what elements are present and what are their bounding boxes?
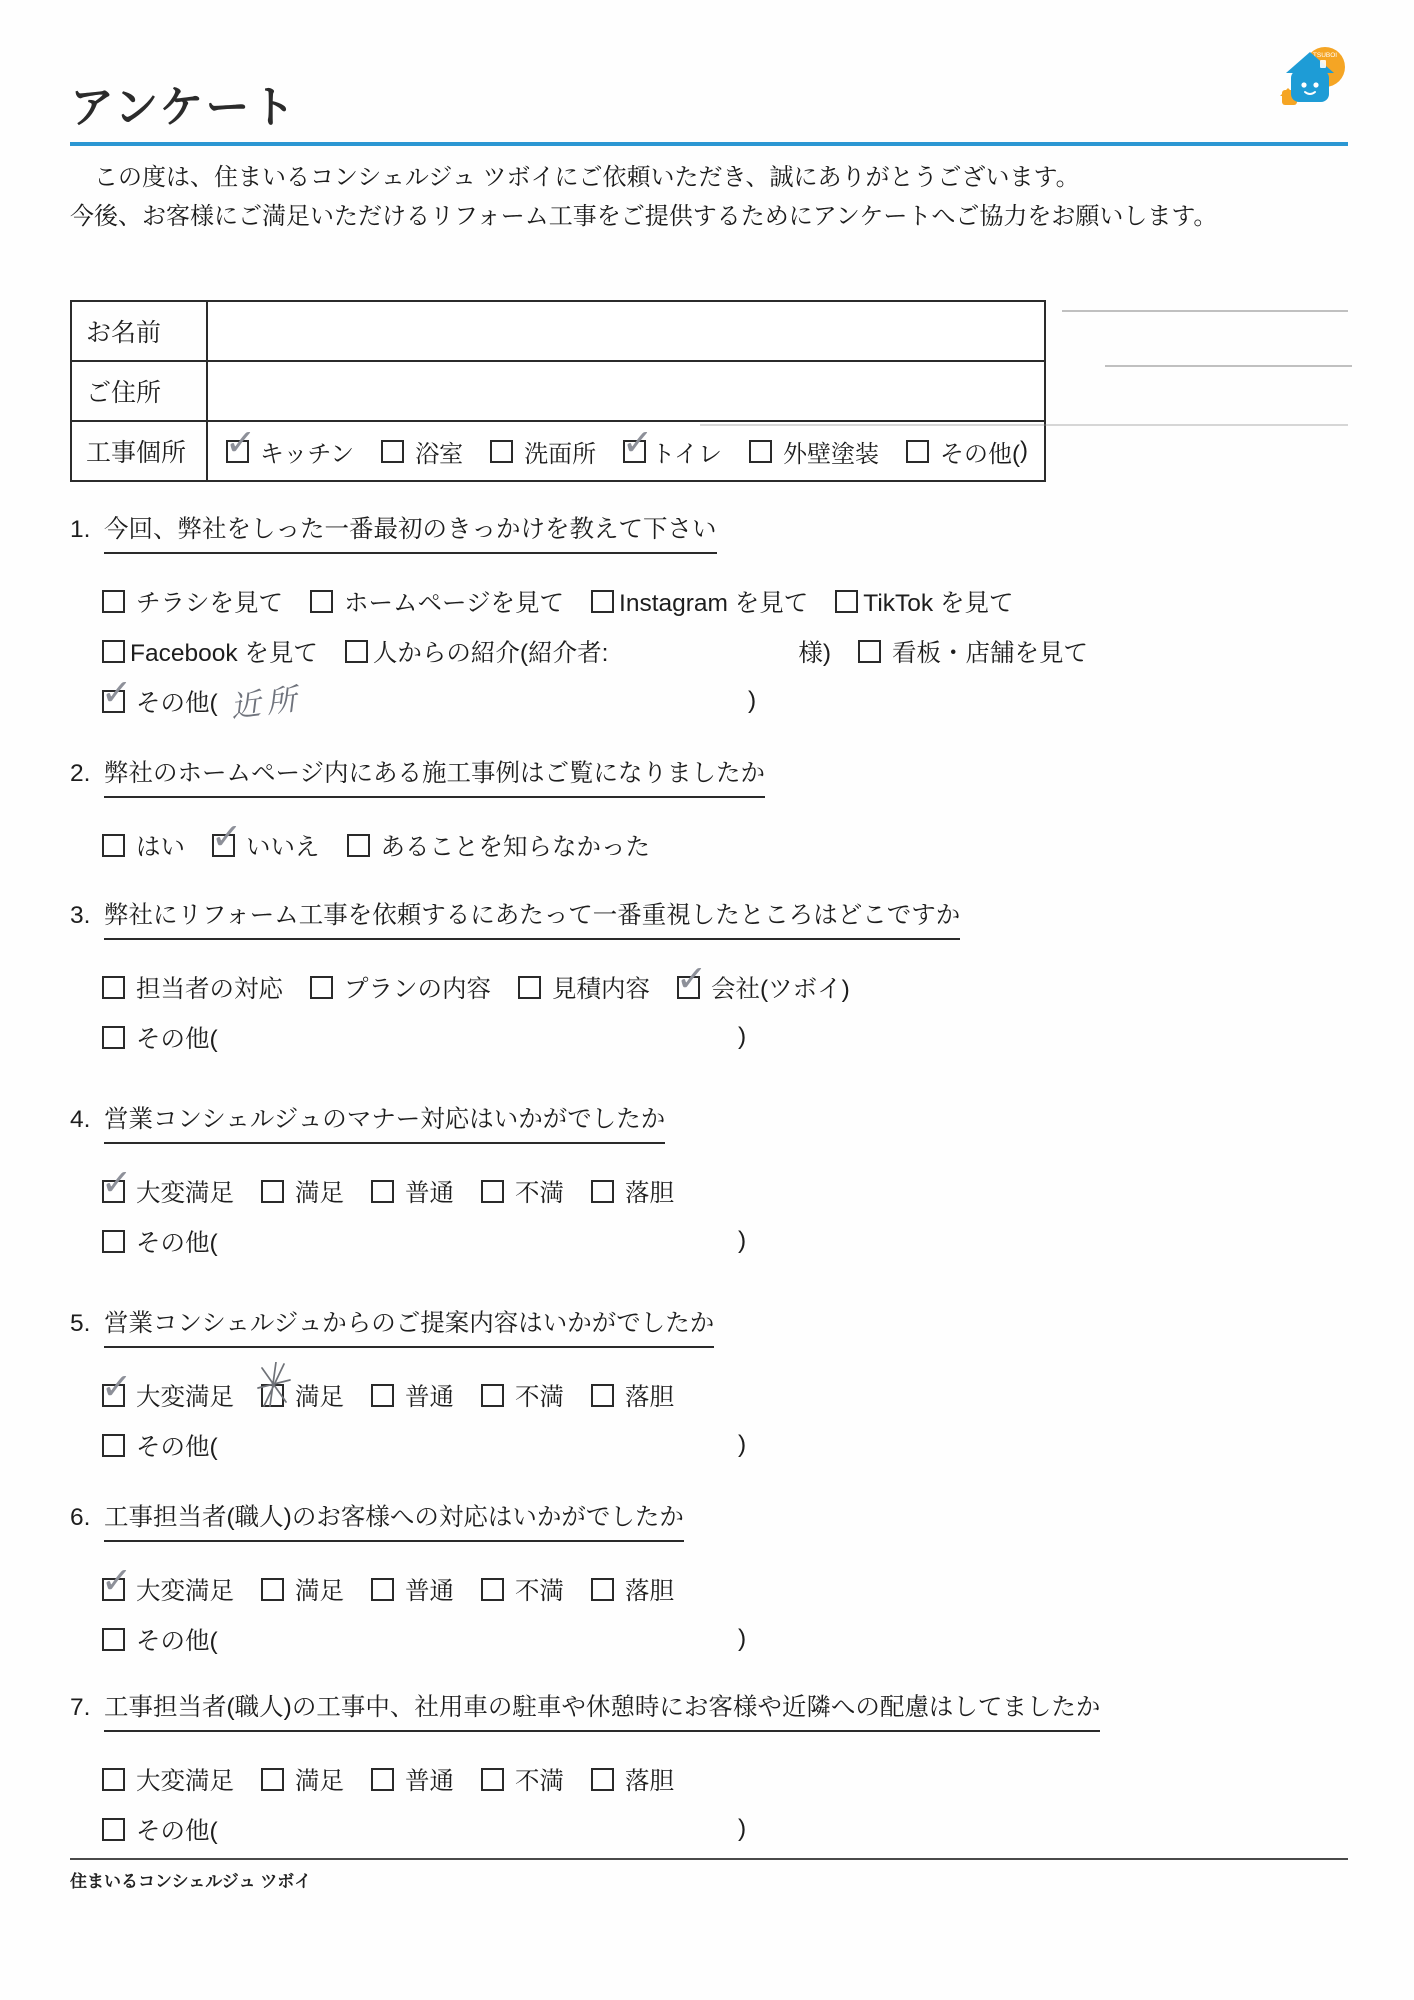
- option-kitchen[interactable]: ✓ キッチン: [226, 434, 354, 469]
- option-line: ✓ 担当者の対応 ✓ プランの内容 ✓ 見積内容 ✓ 会社(ツボイ): [70, 962, 1370, 1012]
- option-label: 人からの紹介(紹介者:: [373, 634, 608, 669]
- option-referral[interactable]: ✓ 人からの紹介(紹介者: 様): [345, 634, 831, 669]
- question-number: 3.: [70, 898, 104, 940]
- scan-artifact-line: [700, 424, 1348, 426]
- option-neutral[interactable]: ✓ 普通: [371, 1174, 454, 1209]
- option-neutral[interactable]: ✓ 普通: [371, 1762, 454, 1797]
- checkbox[interactable]: ✓: [591, 1384, 614, 1407]
- option-label: その他(: [136, 1622, 218, 1657]
- option-yes[interactable]: ✓ はい: [102, 828, 185, 863]
- checkbox[interactable]: ✓: [102, 1818, 125, 1841]
- checkbox[interactable]: ✓: [310, 976, 333, 999]
- checkbox[interactable]: ✓: [261, 1768, 284, 1791]
- checkbox[interactable]: ✓: [835, 590, 858, 613]
- option-label: 看板・店舗を見て: [892, 634, 1088, 669]
- option-label: 大変満足: [136, 1572, 234, 1607]
- option-disappointed[interactable]: ✓ 落胆: [591, 1378, 674, 1413]
- option-label: 不満: [515, 1378, 564, 1413]
- question-4: 4. 営業コンシェルジュのマナー対応はいかがでしたか ✓ 大変満足 ✓ 満足 ✓…: [70, 1102, 1370, 1266]
- question-7: 7. 工事担当者(職人)の工事中、社用車の駐車や休憩時にお客様や近隣への配慮はし…: [70, 1690, 1370, 1854]
- option-label: その他(: [136, 1224, 218, 1259]
- checkbox[interactable]: ✓: [371, 1578, 394, 1601]
- option-instagram[interactable]: ✓ Instagram を見て: [591, 584, 808, 619]
- option-label: その他(: [136, 684, 218, 719]
- question-heading: 5. 営業コンシェルジュからのご提案内容はいかがでしたか: [70, 1306, 1370, 1348]
- option-satisfied[interactable]: ✓ 満足: [261, 1174, 344, 1209]
- checkbox[interactable]: ✓: [347, 834, 370, 857]
- checkbox[interactable]: ✓: [371, 1180, 394, 1203]
- question-number: 1.: [70, 512, 104, 554]
- option-very-satisfied[interactable]: ✓ 大変満足: [102, 1378, 234, 1413]
- checkbox[interactable]: ✓: [102, 690, 125, 713]
- option-label: 普通: [405, 1572, 454, 1607]
- option-very-satisfied[interactable]: ✓ 大変満足: [102, 1174, 234, 1209]
- option-label: プランの内容: [344, 970, 491, 1005]
- option-didnt-know[interactable]: ✓ あることを知らなかった: [347, 828, 651, 863]
- close-paren: ): [738, 1227, 746, 1255]
- option-line: ✓ チラシを見て ✓ ホームページを見て ✓ Instagram を見て ✓ T…: [70, 576, 1370, 626]
- option-plan-content[interactable]: ✓ プランの内容: [310, 970, 491, 1005]
- checkbox[interactable]: ✓: [677, 976, 700, 999]
- scan-artifact-line: [1105, 365, 1352, 367]
- question-title: 営業コンシェルジュのマナー対応はいかがでしたか: [104, 1102, 665, 1144]
- checkbox[interactable]: ✓: [261, 1180, 284, 1203]
- name-row-label: お名前: [71, 301, 207, 361]
- option-dissatisfied[interactable]: ✓ 不満: [481, 1762, 564, 1797]
- checkbox[interactable]: ✓: [481, 1384, 504, 1407]
- option-line: ✓ 大変満足 ✓ 満足 ✓ 普通 ✓ 不満 ✓ 落胆: [70, 1754, 1370, 1804]
- checkbox[interactable]: ✓: [102, 976, 125, 999]
- option-line: ✓ その他( ): [70, 1012, 1370, 1062]
- question-number: 6.: [70, 1500, 104, 1542]
- option-estimate[interactable]: ✓ 見積内容: [518, 970, 650, 1005]
- option-label: 満足: [295, 1572, 344, 1607]
- option-toilet[interactable]: ✓ トイレ: [623, 434, 722, 469]
- option-label: チラシを見て: [136, 584, 283, 619]
- option-line: ✓ Facebook を見て ✓ 人からの紹介(紹介者: 様) ✓ 看板・店舗を…: [70, 626, 1370, 676]
- option-label: TikTok を見て: [863, 584, 1013, 619]
- option-label: キッチン: [260, 434, 354, 469]
- footer: 住まいるコンシェルジュ ツボイ: [70, 1858, 1348, 1892]
- checkbox[interactable]: ✓: [591, 1180, 614, 1203]
- option-label-trail: 様): [798, 634, 831, 669]
- option-line: ✓ 大変満足 ✓ 満足 ✓ 普通 ✓ 不満 ✓ 落胆: [70, 1370, 1370, 1420]
- option-other[interactable]: ✓ その他(: [102, 1622, 218, 1657]
- option-label: 不満: [515, 1762, 564, 1797]
- option-label: 担当者の対応: [136, 970, 283, 1005]
- option-other[interactable]: ✓ その他(: [102, 684, 218, 719]
- option-facebook[interactable]: ✓ Facebook を見て: [102, 634, 318, 669]
- check-mark-icon: ✓: [622, 423, 654, 461]
- question-title: 工事担当者(職人)のお客様への対応はいかがでしたか: [104, 1500, 684, 1542]
- option-line: ✓ 大変満足 ✓ 満足 ✓ 普通 ✓ 不満 ✓ 落胆: [70, 1166, 1370, 1216]
- checkbox[interactable]: ✓: [102, 834, 125, 857]
- option-label: あることを知らなかった: [381, 828, 651, 863]
- checkbox[interactable]: ✓: [226, 440, 249, 463]
- option-line: ✓ その他( ): [70, 1614, 1370, 1664]
- option-other[interactable]: ✓ その他(: [906, 434, 1020, 469]
- option-line: ✓ 大変満足 ✓ 満足 ✓ 普通 ✓ 不満 ✓ 落胆: [70, 1564, 1370, 1614]
- option-other[interactable]: ✓ その他(: [102, 1020, 218, 1055]
- option-tiktok[interactable]: ✓ TikTok を見て: [835, 584, 1013, 619]
- option-dissatisfied[interactable]: ✓ 不満: [481, 1174, 564, 1209]
- title-block: アンケート: [70, 84, 1348, 146]
- table-row-address: ご住所: [71, 361, 1045, 421]
- question-number: 5.: [70, 1306, 104, 1348]
- option-label: 満足: [295, 1174, 344, 1209]
- question-title: 弊社にリフォーム工事を依頼するにあたって一番重視したところはどこですか: [104, 898, 960, 940]
- tsuboi-house-logo: TSUBOI: [1278, 46, 1348, 108]
- footer-brand-text: 住まいるコンシェルジュ ツボイ: [70, 1867, 1348, 1892]
- question-number: 4.: [70, 1102, 104, 1144]
- question-heading: 7. 工事担当者(職人)の工事中、社用車の駐車や休憩時にお客様や近隣への配慮はし…: [70, 1690, 1370, 1732]
- checkbox[interactable]: ✓: [212, 834, 235, 857]
- question-number: 2.: [70, 756, 104, 798]
- option-signboard[interactable]: ✓ 看板・店舗を見て: [858, 634, 1088, 669]
- customer-info-table: お名前 ご住所 工事個所 ✓ キッチン ✓ 浴室 ✓ 洗面所: [70, 300, 1046, 482]
- option-other[interactable]: ✓ その他(: [102, 1812, 218, 1847]
- close-paren: ): [738, 1815, 746, 1843]
- option-disappointed[interactable]: ✓ 落胆: [591, 1572, 674, 1607]
- option-label: 落胆: [625, 1378, 674, 1413]
- option-label: その他(: [940, 434, 1020, 469]
- option-staff-response[interactable]: ✓ 担当者の対応: [102, 970, 283, 1005]
- checkbox[interactable]: ✓: [102, 1628, 125, 1651]
- checkbox[interactable]: ✓: [102, 1768, 125, 1791]
- address-input-cell[interactable]: [207, 361, 1045, 421]
- checkbox[interactable]: ✓: [261, 1578, 284, 1601]
- question-number: 7.: [70, 1690, 104, 1732]
- checkbox[interactable]: ✓: [102, 1230, 125, 1253]
- option-other[interactable]: ✓ その他(: [102, 1224, 218, 1259]
- option-satisfied[interactable]: ✓ 満足: [261, 1572, 344, 1607]
- option-label: 大変満足: [136, 1378, 234, 1413]
- checkbox[interactable]: ✓: [310, 590, 333, 613]
- checkbox[interactable]: ✓: [102, 1384, 125, 1407]
- option-dissatisfied[interactable]: ✓ 不満: [481, 1572, 564, 1607]
- option-label: 不満: [515, 1174, 564, 1209]
- option-label: 洗面所: [524, 434, 596, 469]
- close-paren: ): [738, 1625, 746, 1653]
- question-2: 2. 弊社のホームページ内にある施工事例はご覧になりましたか ✓ はい ✓ いい…: [70, 756, 1370, 870]
- checkbox[interactable]: ✓: [345, 640, 368, 663]
- option-label: 会社(ツボイ): [711, 970, 850, 1005]
- checkbox[interactable]: ✓: [490, 440, 513, 463]
- question-heading: 6. 工事担当者(職人)のお客様への対応はいかがでしたか: [70, 1500, 1370, 1542]
- option-label: 落胆: [625, 1762, 674, 1797]
- check-mark-icon: ✓: [675, 959, 707, 997]
- checkbox[interactable]: ✓: [749, 440, 772, 463]
- option-label: いいえ: [246, 828, 320, 863]
- check-mark-icon: ✓: [100, 1163, 132, 1201]
- option-line: ✓ その他( 近所 ): [70, 676, 1370, 726]
- option-neutral[interactable]: ✓ 普通: [371, 1572, 454, 1607]
- close-paren: ): [738, 1023, 746, 1051]
- question-5: 5. 営業コンシェルジュからのご提案内容はいかがでしたか ✓ 大変満足 ✓ 満足…: [70, 1306, 1370, 1470]
- option-no[interactable]: ✓ いいえ: [212, 828, 320, 863]
- option-line: ✓ はい ✓ いいえ ✓ あることを知らなかった: [70, 820, 1370, 870]
- option-satisfied[interactable]: ✓ 満足: [261, 1762, 344, 1797]
- scan-artifact-line: [1062, 310, 1348, 312]
- option-label: 外壁塗装: [783, 434, 879, 469]
- option-label: 満足: [295, 1378, 344, 1413]
- option-disappointed[interactable]: ✓ 落胆: [591, 1174, 674, 1209]
- checkbox[interactable]: ✓: [102, 1180, 125, 1203]
- question-heading: 2. 弊社のホームページ内にある施工事例はご覧になりましたか: [70, 756, 1370, 798]
- option-disappointed[interactable]: ✓ 落胆: [591, 1762, 674, 1797]
- checkbox[interactable]: ✓: [518, 976, 541, 999]
- checkbox[interactable]: ✓: [381, 440, 404, 463]
- option-label: Instagram を見て: [619, 584, 808, 619]
- option-label: 普通: [405, 1174, 454, 1209]
- checkbox[interactable]: ✓: [261, 1384, 284, 1407]
- option-label: トイレ: [651, 434, 722, 469]
- page-title: アンケート: [70, 84, 1348, 132]
- option-label: 普通: [405, 1762, 454, 1797]
- option-label: その他(: [136, 1812, 218, 1847]
- close-paren: ): [1020, 437, 1028, 465]
- intro-paragraph: この度は、住まいるコンシェルジュ ツボイにご依頼いただき、誠にありがとうございま…: [70, 158, 1380, 236]
- option-label: 大変満足: [136, 1174, 234, 1209]
- table-row-name: お名前: [71, 301, 1045, 361]
- option-line: ✓ その他( ): [70, 1804, 1370, 1854]
- option-label: 落胆: [625, 1174, 674, 1209]
- close-paren: ): [738, 1431, 746, 1459]
- scribble-cross-icon: [256, 1362, 292, 1408]
- question-6: 6. 工事担当者(職人)のお客様への対応はいかがでしたか ✓ 大変満足 ✓ 満足…: [70, 1500, 1370, 1664]
- checkbox[interactable]: ✓: [906, 440, 929, 463]
- question-heading: 3. 弊社にリフォーム工事を依頼するにあたって一番重視したところはどこですか: [70, 898, 1370, 940]
- option-label: はい: [136, 828, 185, 863]
- question-heading: 4. 営業コンシェルジュのマナー対応はいかがでしたか: [70, 1102, 1370, 1144]
- checkbox[interactable]: ✓: [591, 1578, 614, 1601]
- checkbox[interactable]: ✓: [102, 1026, 125, 1049]
- option-homepage[interactable]: ✓ ホームページを見て: [310, 584, 564, 619]
- option-washroom[interactable]: ✓ 洗面所: [490, 434, 596, 469]
- option-company[interactable]: ✓ 会社(ツボイ): [677, 970, 850, 1005]
- option-neutral[interactable]: ✓ 普通: [371, 1378, 454, 1413]
- option-label: Facebook を見て: [130, 634, 318, 669]
- check-mark-icon: ✓: [210, 817, 242, 855]
- checkbox[interactable]: ✓: [102, 1578, 125, 1601]
- option-exterior-paint[interactable]: ✓ 外壁塗装: [749, 434, 879, 469]
- option-label: 大変満足: [136, 1762, 234, 1797]
- checkbox[interactable]: ✓: [102, 640, 125, 663]
- worksite-row-label: 工事個所: [71, 421, 207, 481]
- check-mark-icon: ✓: [100, 673, 132, 711]
- question-title: 弊社のホームページ内にある施工事例はご覧になりましたか: [104, 756, 765, 798]
- checkbox[interactable]: ✓: [591, 590, 614, 613]
- checkbox[interactable]: ✓: [858, 640, 881, 663]
- checkbox[interactable]: ✓: [481, 1768, 504, 1791]
- checkbox[interactable]: ✓: [102, 1434, 125, 1457]
- checkbox[interactable]: ✓: [623, 440, 646, 463]
- checkbox[interactable]: ✓: [481, 1578, 504, 1601]
- checkbox[interactable]: ✓: [371, 1384, 394, 1407]
- check-mark-icon: ✓: [224, 423, 256, 461]
- worksite-options: ✓ キッチン ✓ 浴室 ✓ 洗面所 ✓ トイレ ✓ 外壁塗装: [226, 434, 1028, 469]
- checkbox[interactable]: ✓: [371, 1768, 394, 1791]
- option-flyer[interactable]: ✓ チラシを見て: [102, 584, 283, 619]
- intro-line-1: この度は、住まいるコンシェルジュ ツボイにご依頼いただき、誠にありがとうございま…: [70, 158, 1380, 197]
- option-label: 普通: [405, 1378, 454, 1413]
- checkbox[interactable]: ✓: [591, 1768, 614, 1791]
- option-label: その他(: [136, 1428, 218, 1463]
- option-line: ✓ その他( ): [70, 1216, 1370, 1266]
- option-label: 不満: [515, 1572, 564, 1607]
- option-satisfied[interactable]: ✓ 満足: [261, 1378, 344, 1413]
- option-label: 見積内容: [552, 970, 650, 1005]
- option-label: 落胆: [625, 1572, 674, 1607]
- option-other[interactable]: ✓ その他(: [102, 1428, 218, 1463]
- option-dissatisfied[interactable]: ✓ 不満: [481, 1378, 564, 1413]
- question-title: 営業コンシェルジュからのご提案内容はいかがでしたか: [104, 1306, 714, 1348]
- option-label: 満足: [295, 1762, 344, 1797]
- checkbox[interactable]: ✓: [102, 590, 125, 613]
- address-row-label: ご住所: [71, 361, 207, 421]
- option-label: 浴室: [415, 434, 463, 469]
- question-heading: 1. 今回、弊社をしった一番最初のきっかけを教えて下さい: [70, 512, 1370, 554]
- option-label: ホームページを見て: [344, 584, 564, 619]
- name-input-cell[interactable]: [207, 301, 1045, 361]
- intro-line-2: 今後、お客様にご満足いただけるリフォーム工事をご提供するためにアンケートへご協力…: [70, 197, 1380, 236]
- table-row-worksite: 工事個所 ✓ キッチン ✓ 浴室 ✓ 洗面所 ✓ トイレ: [71, 421, 1045, 481]
- handwritten-answer: 近所: [228, 674, 305, 726]
- option-label: その他(: [136, 1020, 218, 1055]
- option-very-satisfied[interactable]: ✓ 大変満足: [102, 1572, 234, 1607]
- option-bath[interactable]: ✓ 浴室: [381, 434, 463, 469]
- question-1: 1. 今回、弊社をしった一番最初のきっかけを教えて下さい ✓ チラシを見て ✓ …: [70, 512, 1370, 726]
- question-3: 3. 弊社にリフォーム工事を依頼するにあたって一番重視したところはどこですか ✓…: [70, 898, 1370, 1062]
- question-title: 今回、弊社をしった一番最初のきっかけを教えて下さい: [104, 512, 717, 554]
- check-mark-icon: ✓: [100, 1367, 132, 1405]
- close-paren: ): [748, 687, 756, 715]
- checkbox[interactable]: ✓: [481, 1180, 504, 1203]
- worksite-options-cell: ✓ キッチン ✓ 浴室 ✓ 洗面所 ✓ トイレ ✓ 外壁塗装: [207, 421, 1045, 481]
- check-mark-icon: ✓: [100, 1561, 132, 1599]
- question-title: 工事担当者(職人)の工事中、社用車の駐車や休憩時にお客様や近隣への配慮はしてまし…: [104, 1690, 1100, 1732]
- option-line: ✓ その他( ): [70, 1420, 1370, 1470]
- option-very-satisfied[interactable]: ✓ 大変満足: [102, 1762, 234, 1797]
